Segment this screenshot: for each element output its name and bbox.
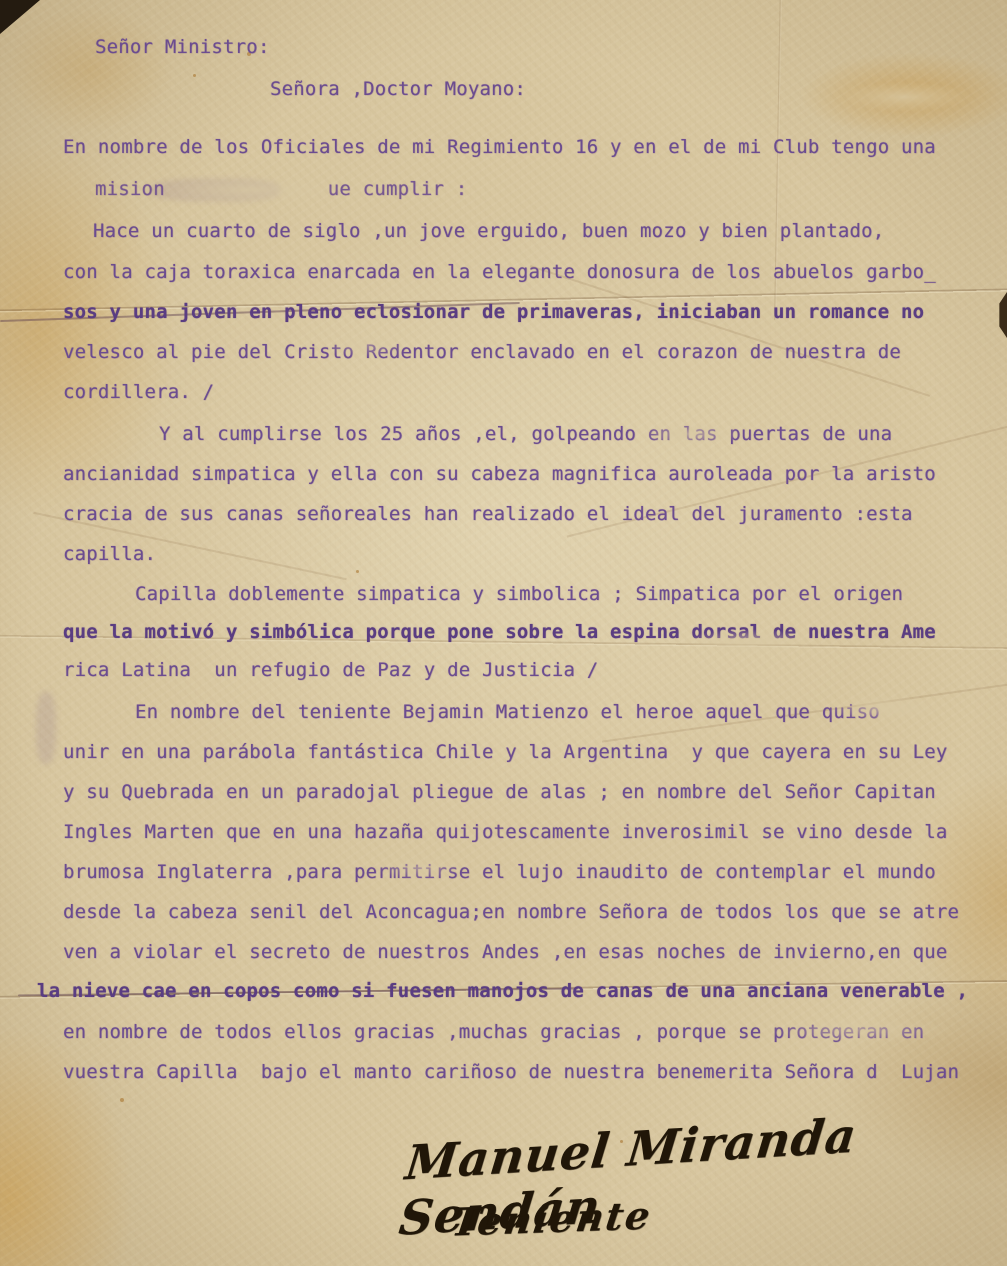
letter-line: velesco al pie del Cristo Redentor encla… — [63, 341, 901, 363]
letter-line: en nombre de todos ellos gracias ,muchas… — [63, 1021, 924, 1043]
letter-line: vuestra Capilla bajo el manto cariñoso d… — [63, 1061, 959, 1083]
letter-line: Y al cumplirse los 25 años ,el, golpeand… — [159, 423, 892, 445]
letter-line: Señor Ministro: — [95, 36, 270, 58]
fold-crease-diagonal-1 — [530, 265, 930, 397]
letter-line: Capilla doblemente simpatica y simbolica… — [135, 583, 903, 605]
letter-line: brumosa Inglaterra ,para permitirse el l… — [63, 861, 936, 883]
letter-line: desde la cabeza senil del Aconcagua;en n… — [63, 901, 959, 923]
paper-speck — [193, 74, 196, 77]
paper-speck — [120, 1098, 124, 1102]
letter-line: ancianidad simpatica y ella con su cabez… — [63, 463, 936, 485]
letter-line: Señora ,Doctor Moyano: — [270, 78, 526, 100]
letter-line: capilla. — [63, 543, 156, 565]
letter-line: que la motivó y simbólica porque pone so… — [63, 621, 936, 643]
ink-smudge-left-edge — [36, 692, 56, 764]
paper-speck — [356, 570, 359, 573]
signature-rank: Teniente — [449, 1192, 655, 1244]
letter-line: cordillera. / — [63, 381, 214, 403]
letter-line: Ingles Marten que en una hazaña quijotes… — [63, 821, 948, 843]
letter-line: ven a violar el secreto de nuestros Ande… — [63, 941, 948, 963]
letter-line: En nombre del teniente Bejamin Matienzo … — [135, 701, 880, 723]
letter-line: sos y una joven en pleno eclosionar de p… — [63, 301, 924, 323]
letter-line: En nombre de los Oficiales de mi Regimie… — [63, 136, 936, 158]
letter-line: cracia de sus canas señoreales han reali… — [63, 503, 913, 525]
letter-line: mision ue cumplir : — [95, 178, 467, 200]
torn-edge-right — [998, 292, 1007, 338]
letter-page: Señor Ministro: Señora ,Doctor Moyano: E… — [0, 0, 1007, 1266]
torn-corner-top-left — [0, 0, 40, 34]
letter-line: unir en una parábola fantástica Chile y … — [63, 741, 948, 763]
letter-line: Hace un cuarto de siglo ,un jove erguido… — [93, 220, 884, 242]
letter-line: con la caja toraxica enarcada en la eleg… — [63, 261, 936, 283]
letter-line: y su Quebrada en un paradojal pliegue de… — [63, 781, 936, 803]
letter-line: rica Latina un refugio de Paz y de Justi… — [63, 659, 598, 681]
letter-line: la nieve cae en copos como si fuesen man… — [37, 980, 968, 1002]
